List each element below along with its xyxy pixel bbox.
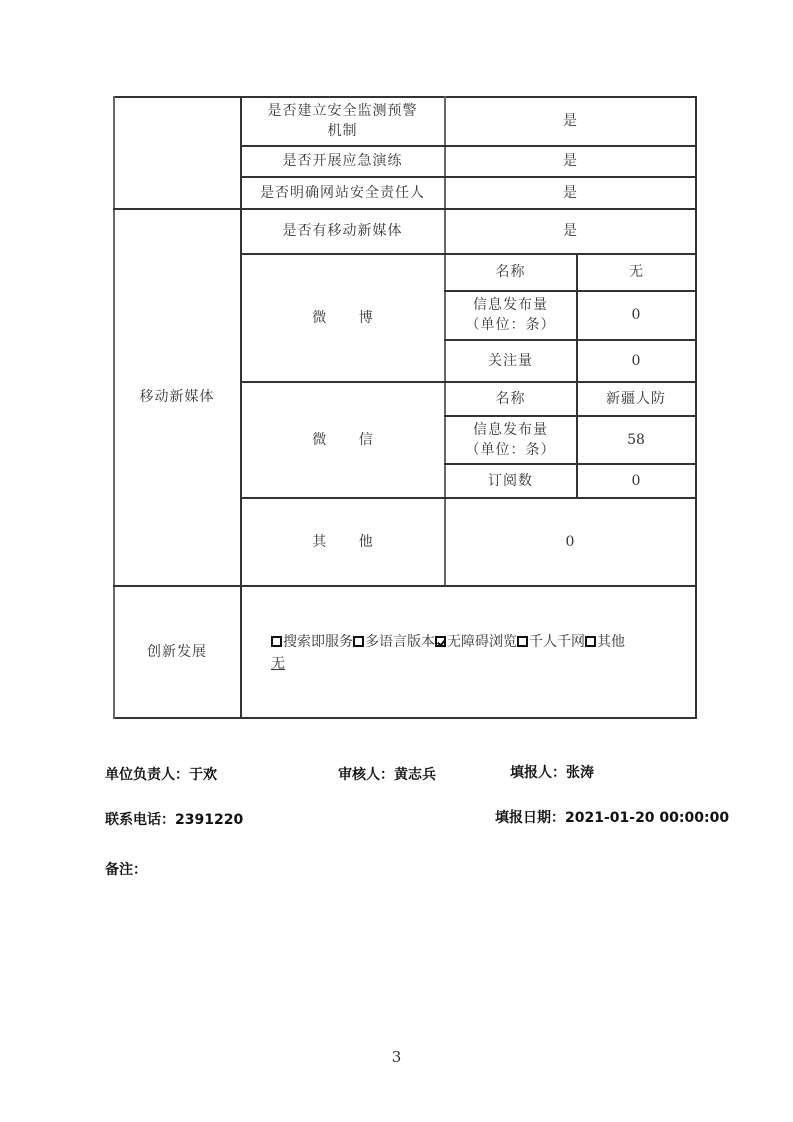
remarks-label: 备注：: [105, 859, 147, 879]
table-border-bottom: [113, 717, 696, 719]
option-label: 其他: [597, 634, 625, 650]
option-label: 搜索即服务: [283, 634, 353, 650]
option-label: 千人千网: [529, 634, 585, 650]
other-media-label: 其 他: [241, 498, 444, 585]
other-media-value: 0: [445, 498, 695, 585]
security-officer-value: 是: [445, 177, 695, 208]
innovation-options: 搜索即服务多语言版本无障碍浏览千人千网其他 无: [271, 631, 625, 675]
checkbox-accessibility-checked[interactable]: [435, 636, 446, 647]
label-line: （单位：条）: [466, 440, 556, 460]
table-border-right: [695, 96, 697, 719]
weibo-posts-label: 信息发布量 （单位：条）: [445, 291, 576, 339]
option-label: 无障碍浏览: [447, 634, 517, 650]
wechat-name-label: 名称: [445, 382, 576, 415]
innovation-options-line: 搜索即服务多语言版本无障碍浏览千人千网其他: [271, 631, 625, 653]
reviewer: 审核人：黄志兵: [338, 764, 436, 784]
wechat-name-value: 新疆人防: [577, 382, 695, 415]
label-line: 是否建立安全监测预警: [268, 101, 418, 121]
option-label: 多语言版本: [365, 634, 435, 650]
checkbox-personalized[interactable]: [517, 636, 528, 647]
contact-phone: 联系电话：2391220: [105, 809, 243, 829]
checkbox-search-service[interactable]: [271, 636, 282, 647]
has-mobile-media-value: 是: [445, 209, 695, 253]
weibo-followers-value: 0: [577, 340, 695, 381]
label-line: 信息发布量: [473, 420, 548, 440]
label-line: 信息发布量: [473, 295, 548, 315]
security-warning-value: 是: [445, 97, 695, 145]
weibo-posts-value: 0: [577, 291, 695, 339]
wechat-label: 微 信: [241, 382, 444, 497]
mobile-media-section-label: 移动新媒体: [114, 209, 240, 585]
innovation-section-label: 创新发展: [114, 586, 240, 717]
weibo-label: 微 博: [241, 254, 444, 381]
document-page: 是否建立安全监测预警 机制 是 是否开展应急演练 是 是否明确网站安全责任人 是…: [0, 0, 793, 1122]
security-warning-label: 是否建立安全监测预警 机制: [241, 97, 444, 145]
weibo-name-label: 名称: [445, 254, 576, 290]
emergency-drill-label: 是否开展应急演练: [241, 146, 444, 176]
wechat-subscribers-label: 订阅数: [445, 464, 576, 497]
filler: 填报人：张涛: [510, 762, 594, 782]
has-mobile-media-label: 是否有移动新媒体: [241, 209, 444, 253]
security-officer-label: 是否明确网站安全责任人: [241, 177, 444, 208]
wechat-posts-value: 58: [577, 416, 695, 463]
checkbox-other[interactable]: [585, 636, 596, 647]
emergency-drill-value: 是: [445, 146, 695, 176]
weibo-name-value: 无: [577, 254, 695, 290]
unit-head: 单位负责人：于欢: [105, 764, 217, 784]
page-number: 3: [0, 1048, 793, 1066]
label-line: （单位：条）: [466, 315, 556, 335]
fill-date: 填报日期：2021-01-20 00:00:00: [495, 807, 729, 827]
innovation-other-text: 无: [271, 653, 625, 675]
weibo-followers-label: 关注量: [445, 340, 576, 381]
checkbox-multilingual[interactable]: [353, 636, 364, 647]
label-line: 机制: [328, 121, 358, 141]
wechat-subscribers-value: 0: [577, 464, 695, 497]
wechat-posts-label: 信息发布量 （单位：条）: [445, 416, 576, 463]
